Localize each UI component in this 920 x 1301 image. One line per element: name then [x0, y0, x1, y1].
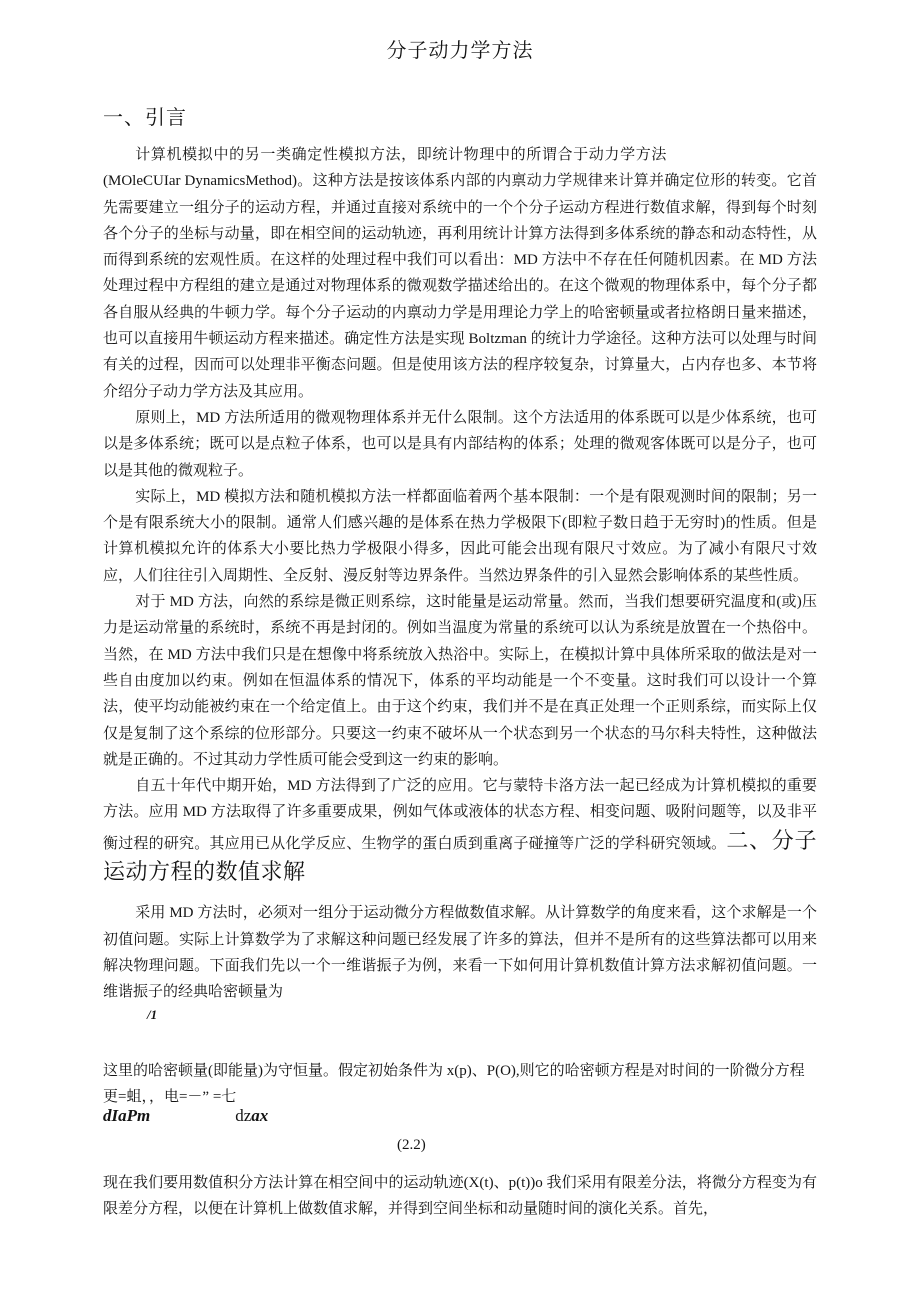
paragraph-scope: 原则上，MD 方法所适用的微观物理体系并无什么限制。这个方法适用的体系既可以是少… [103, 405, 817, 484]
paragraph-intro-rest: (MOleCUIar DynamicsMethod)。这种方法是按该体系内部的内… [103, 173, 817, 399]
paragraph-limits: 实际上，MD 模拟方法和随机模拟方法一样都面临着两个基本限制：一个是有限观测时间… [103, 484, 817, 589]
paragraph-applications-text: 自五十年代中期开始，MD 方法得到了广泛的应用。它与蒙特卡洛方法一起已经成为计算… [103, 778, 817, 852]
page-title: 分子动力学方法 [103, 34, 817, 63]
equation-2-2: 更=蛆，，电=－” =七 dIaPmdzax (2.2) [103, 1088, 817, 1154]
vertical-gap [103, 1154, 817, 1170]
justify-gap [667, 158, 817, 159]
equation-number: (2.2) [397, 1136, 817, 1154]
vertical-gap [103, 888, 817, 900]
equation-ax: ax [251, 1106, 268, 1125]
hamiltonian-formula-fragment: /1 [147, 1008, 817, 1022]
equation-line-2: dIaPmdzax [103, 1106, 817, 1126]
paragraph-applications: 自五十年代中期开始，MD 方法得到了广泛的应用。它与蒙特卡洛方法一起已经成为计算… [103, 773, 817, 888]
equation-gap [150, 1120, 235, 1121]
paragraph-finite-difference: 现在我们要用数值积分方法计算在相空间中的运动轨迹(X(t)、p(t))o 我们采… [103, 1170, 817, 1223]
paragraph-intro: 计算机模拟中的另一类确定性模拟方法，即统计物理中的所谓合于动力学方法(MOleC… [103, 142, 817, 405]
paragraph-numerical-solution: 采用 MD 方法时，必须对一组分于运动微分方程做数值求解。从计算数学的角度来看，… [103, 900, 817, 1005]
section-1-heading: 一、引言 [103, 101, 817, 130]
paragraph-intro-lead: 计算机模拟中的另一类确定性模拟方法，即统计物理中的所谓合于动力学方法 [135, 147, 667, 163]
document-page: 分子动力学方法 一、引言 计算机模拟中的另一类确定性模拟方法，即统计物理中的所谓… [0, 0, 920, 1301]
formula-whitespace [103, 1022, 817, 1058]
equation-denominator-left: dIaPm [103, 1106, 150, 1125]
equation-dz: dz [235, 1106, 251, 1125]
paragraph-ensemble: 对于 MD 方法，向然的系综是微正则系综，这时能量是运动常量。然而，当我们想要研… [103, 589, 817, 773]
equation-line-1: 更=蛆，，电=－” =七 [103, 1088, 817, 1106]
paragraph-hamiltonian-note: 这里的哈密顿量(即能量)为守恒量。假定初始条件为 x(p)、P(O),则它的哈密… [103, 1058, 817, 1084]
